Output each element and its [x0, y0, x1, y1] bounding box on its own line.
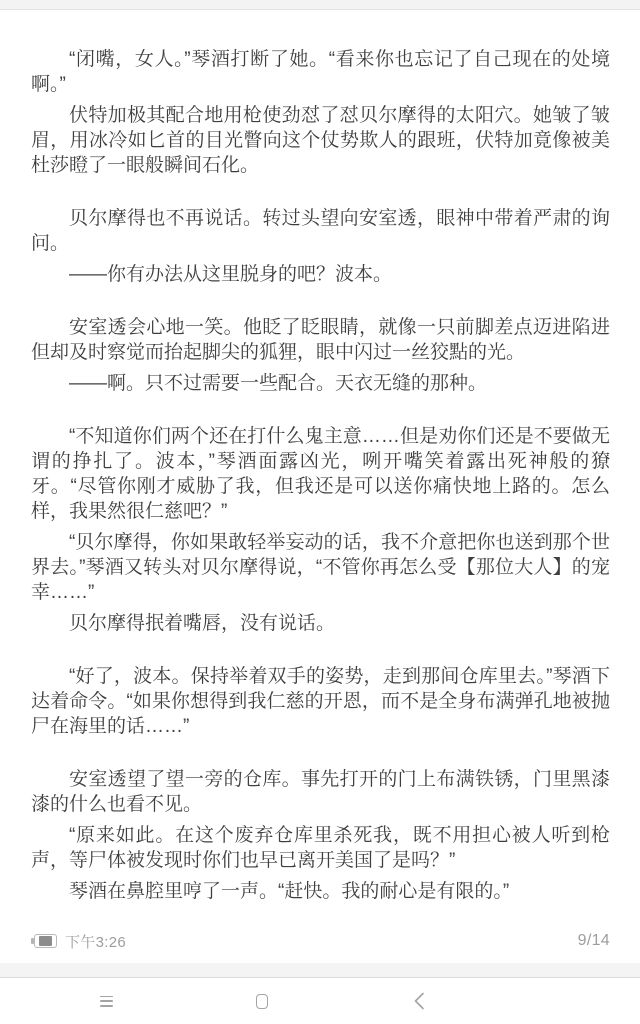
paragraph: “好了，波本。保持举着双手的姿势，走到那间仓库里去。”琴酒下达着命令。“如果你想… [31, 664, 610, 739]
reader-status-bar: 下午3:26 9/14 [31, 929, 610, 953]
paragraph: 安室透会心地一笑。他眨了眨眼睛，就像一只前脚差点迈进陷进但却及时察觉而抬起脚尖的… [31, 315, 610, 365]
paragraph: 贝尔摩得抿着嘴唇，没有说话。 [31, 611, 610, 636]
top-edge-strip [0, 0, 640, 10]
bottom-edge-strip [0, 963, 640, 978]
home-icon [256, 994, 268, 1009]
clock-time: 下午3:26 [65, 931, 126, 952]
menu-icon [100, 996, 113, 1007]
paragraph: 伏特加极其配合地用枪使劲怼了怼贝尔摩得的太阳穴。她皱了皱眉，用冰冷如匕首的目光瞥… [31, 103, 610, 178]
paragraph: “闭嘴，女人。”琴酒打断了她。“看来你也忘记了自己现在的处境啊。” [31, 47, 610, 97]
paragraph: 贝尔摩得也不再说话。转过头望向安室透，眼神中带着严肃的询问。 [31, 206, 610, 256]
page-indicator: 9/14 [578, 932, 610, 950]
paragraph: “原来如此。在这个废弃仓库里杀死我，既不用担心被人听到枪声，等尸体被发现时你们也… [31, 823, 610, 873]
home-button[interactable] [238, 979, 286, 1023]
paragraph: “不知道你们两个还在打什么鬼主意……但是劝你们还是不要做无谓的挣扎了。波本，”琴… [31, 424, 610, 524]
status-left-group: 下午3:26 [31, 931, 126, 952]
ebook-reader-screen: { "reader": { "paragraphs": [ { "text": … [0, 0, 640, 1024]
reader-page[interactable]: “闭嘴，女人。”琴酒打断了她。“看来你也忘记了自己现在的处境啊。”伏特加极其配合… [0, 11, 640, 923]
battery-icon [31, 934, 57, 948]
paragraph: ——啊。只不过需要一些配合。天衣无缝的那种。 [31, 371, 610, 396]
back-button[interactable] [395, 979, 443, 1023]
system-navigation-bar [0, 979, 640, 1024]
back-chevron-icon [414, 992, 425, 1010]
paragraph: ——你有办法从这里脱身的吧？波本。 [31, 262, 610, 287]
menu-button[interactable] [82, 979, 130, 1023]
paragraph: “贝尔摩得，你如果敢轻举妄动的话，我不介意把你也送到那个世界去。”琴酒又转头对贝… [31, 530, 610, 605]
paragraph: 琴酒在鼻腔里哼了一声。“赶快。我的耐心是有限的。” [31, 879, 610, 904]
paragraph: 安室透望了望一旁的仓库。事先打开的门上布满铁锈，门里黑漆漆的什么也看不见。 [31, 767, 610, 817]
